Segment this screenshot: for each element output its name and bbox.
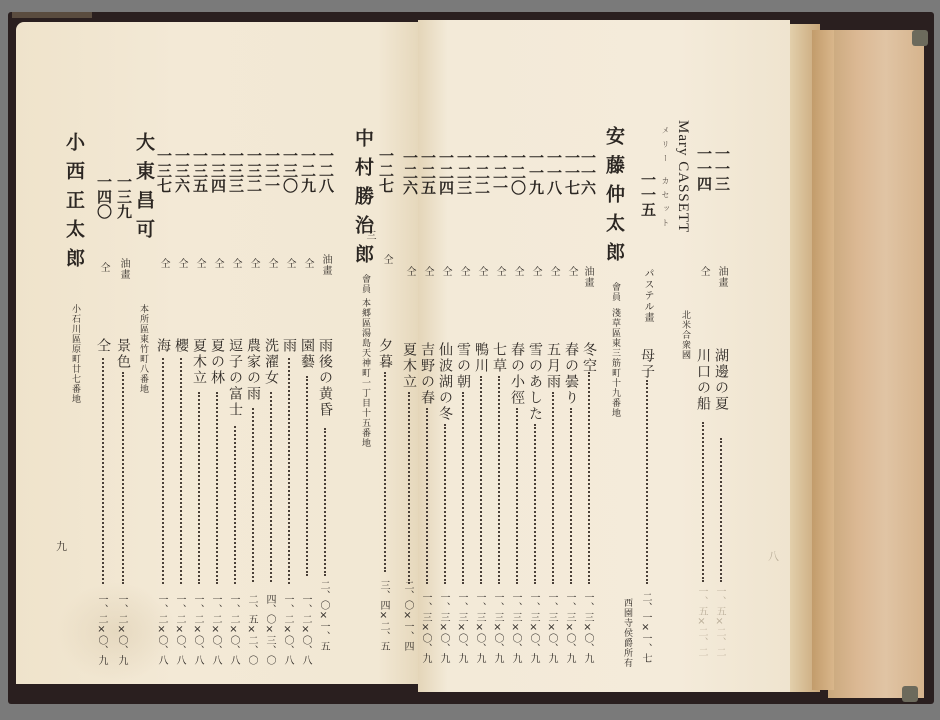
leader-dots xyxy=(216,392,218,584)
leader-dots xyxy=(234,426,236,584)
entry-number: 一三七 xyxy=(156,148,171,193)
entry-number: 一一四 xyxy=(696,146,711,191)
entry-medium: 仝 xyxy=(404,266,414,277)
entry-number: 一二〇 xyxy=(510,150,525,195)
entry-title: 夏木立 xyxy=(192,338,206,386)
entry-title: 仙波湖の冬 xyxy=(438,342,452,422)
left-page: 中村勝治郎 三 會員 本郷區湯島天神町一丁目十五番地 一二七 仝 夕暮 三、四×… xyxy=(16,22,418,684)
leader-dots xyxy=(534,424,536,584)
artist-address: 本所區東竹町八番地 xyxy=(138,304,147,394)
entry-size: 一、二×〇、八 xyxy=(282,594,292,665)
entry-number: 一一七 xyxy=(564,150,579,195)
entry-number: 一一六 xyxy=(580,150,595,195)
leader-dots xyxy=(646,380,648,584)
entry-size: 一、三×〇、九 xyxy=(528,592,538,663)
entry-title: 夕暮 xyxy=(378,338,392,370)
entry-number: 一二二 xyxy=(474,150,489,195)
entry-size: 三、四×二、五 xyxy=(378,580,388,651)
artist-name: 中村勝治郎 xyxy=(353,128,372,273)
entry-size: 一、三×〇、九 xyxy=(420,592,430,663)
entry-size: 一、三×〇、九 xyxy=(546,592,556,663)
entry-size: 一、二×〇、八 xyxy=(156,594,166,665)
entry-number: 一三三 xyxy=(228,148,243,193)
entry-medium: 仝 xyxy=(176,258,186,269)
entry-number: 一三九 xyxy=(116,174,131,219)
entry-title: 湖邊の夏 xyxy=(714,348,728,412)
entry-number: 一二三 xyxy=(456,150,471,195)
entry-size: 四、〇×三、〇 xyxy=(264,594,274,665)
entry-medium: 仝 xyxy=(494,266,504,277)
entry-number: 一三六 xyxy=(174,148,189,193)
entry-medium: 仝 xyxy=(248,258,258,269)
entry-number: 一三一 xyxy=(264,148,279,193)
leader-dots xyxy=(384,372,386,572)
entry-title: 春の曇り xyxy=(564,342,578,406)
leader-dots xyxy=(570,408,572,584)
entry-size: 一、二×〇、八 xyxy=(228,594,238,665)
entry-size: 一、二×〇、八 xyxy=(300,594,310,665)
page-number: 九 xyxy=(56,538,67,554)
right-page: Mary CASSETT メリー カセット 一一三 油畫 湖邊の夏 一、五×二、… xyxy=(418,20,790,692)
entry-title: 雨後の黄昏 xyxy=(318,338,332,418)
corner-protector-top xyxy=(912,30,928,46)
entry-size: 二、〇×一、五 xyxy=(318,580,328,651)
entry-title: 洗濯女 xyxy=(264,338,278,386)
entry-size: 二、〇×一、四 xyxy=(402,580,412,651)
artist-name: 大東昌可 xyxy=(134,132,153,248)
entry-title: 夏の林 xyxy=(210,338,224,386)
entry-medium: 仝 xyxy=(284,258,294,269)
leader-dots xyxy=(588,372,590,584)
entry-number: 一二七 xyxy=(378,148,393,193)
entry-number: 一一五 xyxy=(640,172,655,217)
leader-dots xyxy=(498,376,500,584)
entry-number: 一三二 xyxy=(246,148,261,193)
entry-title: 七草 xyxy=(492,342,506,374)
entry-size: 一、二×〇、八 xyxy=(174,594,184,665)
entry-number: 一三四 xyxy=(210,148,225,193)
entry-size: 二、五×二、〇 xyxy=(246,594,256,665)
entry-title: 春の小徑 xyxy=(510,342,524,406)
entry-medium: 油畫 xyxy=(118,258,128,280)
entry-size: 一、二×〇、八 xyxy=(192,594,202,665)
entry-medium: 仝 xyxy=(698,266,708,277)
leader-dots xyxy=(702,422,704,582)
artist-name: 小西正太郎 xyxy=(64,132,83,277)
entry-medium: 仝 xyxy=(512,266,522,277)
entry-size: 一、三×〇、九 xyxy=(582,592,592,663)
entry-medium: 仝 xyxy=(548,266,558,277)
leader-dots xyxy=(252,408,254,582)
entry-medium: 油畫 xyxy=(582,266,592,288)
leader-dots xyxy=(102,358,104,584)
leader-dots xyxy=(552,392,554,584)
leader-dots xyxy=(288,358,290,584)
leader-dots xyxy=(122,372,124,584)
leader-dots xyxy=(180,358,182,584)
entry-medium: 油畫 xyxy=(320,254,330,276)
leader-dots xyxy=(462,392,464,584)
entry-number: 一二九 xyxy=(300,148,315,193)
entry-number: 一二八 xyxy=(318,148,333,193)
entry-medium: 仝 xyxy=(194,258,204,269)
entry-title: 吉野の春 xyxy=(420,342,434,406)
entry-title: 川口の船 xyxy=(696,348,710,412)
leader-dots xyxy=(426,408,428,584)
entry-size: 一、五×二、二 xyxy=(714,586,724,657)
entry-number: 一四〇 xyxy=(96,174,111,219)
entry-number: 一二六 xyxy=(402,150,417,195)
leader-dots xyxy=(444,424,446,584)
entry-title: 櫻 xyxy=(174,338,188,354)
leader-dots xyxy=(270,392,272,582)
entry-medium: 仝 xyxy=(458,266,468,277)
entry-title: 雨 xyxy=(282,338,296,354)
entry-size: 一、三×〇、九 xyxy=(438,592,448,663)
artist-address: 本郷區湯島天神町一丁目十五番地 xyxy=(360,298,369,448)
entry-number: 一一八 xyxy=(546,150,561,195)
entry-medium: 仝 xyxy=(230,258,240,269)
entry-size: 一、三×〇、九 xyxy=(492,592,502,663)
entry-size: 二、一×一、七 xyxy=(640,592,650,663)
corner-protector-bottom xyxy=(902,686,918,702)
entry-medium: 仝 xyxy=(530,266,540,277)
entry-medium: 仝 xyxy=(266,258,276,269)
entry-number: 一三五 xyxy=(192,148,207,193)
entry-title: 雪の朝 xyxy=(456,342,470,390)
leader-dots xyxy=(408,392,410,584)
entry-title: 農家の雨 xyxy=(246,338,260,402)
entry-size: 一、三×〇、九 xyxy=(564,592,574,663)
entry-medium: 仝 xyxy=(212,258,222,269)
entry-medium: 仝 xyxy=(440,266,450,277)
leader-dots xyxy=(324,428,326,576)
entry-size: 一、二×〇、九 xyxy=(96,594,106,665)
entry-title: 冬空 xyxy=(582,342,596,374)
cover-wear xyxy=(12,12,92,18)
page-number: 八 xyxy=(768,548,779,564)
entry-medium: 仝 xyxy=(98,262,108,273)
entry-number: 一三〇 xyxy=(282,148,297,193)
leader-dots xyxy=(720,438,722,582)
artist-name-kana: メリー カセット xyxy=(660,126,671,233)
entry-size: 一、二×〇、九 xyxy=(116,594,126,665)
page-block-edge-inner xyxy=(812,30,834,690)
entry-title: 園藝 xyxy=(300,338,314,370)
entry-number: 一一三 xyxy=(714,146,729,191)
leader-dots xyxy=(306,376,308,576)
entry-medium: 仝 xyxy=(302,258,312,269)
entry-title: 景色 xyxy=(116,338,130,370)
artist-name-latin: Mary CASSETT xyxy=(674,120,691,233)
entry-size: 一、二×〇、八 xyxy=(210,594,220,665)
artist-address: 小石川區原町廿七番地 xyxy=(70,304,79,404)
entry-medium: 仝 xyxy=(422,266,432,277)
entry-size: 一、三×〇、九 xyxy=(456,592,466,663)
entry-title: 逗子の富士 xyxy=(228,338,242,418)
owner-country: 北米合衆國 xyxy=(680,310,689,360)
entry-medium: 油畫 xyxy=(716,266,726,288)
entry-number: 一二四 xyxy=(438,150,453,195)
entry-medium: 仝 xyxy=(158,258,168,269)
entry-title: 仝 xyxy=(96,338,110,354)
endpaper xyxy=(828,30,924,698)
artist-name: 安藤仲太郎 xyxy=(604,126,623,271)
left-marker: 三 xyxy=(364,230,374,241)
entry-title: 雪のあした xyxy=(528,342,542,422)
entry-title: 夏木立 xyxy=(402,342,416,390)
entry-title: 五月雨 xyxy=(546,342,560,390)
entry-medium: パステル畫 xyxy=(642,268,652,323)
leader-dots xyxy=(516,408,518,584)
lender: 西園寺侯爵所有 xyxy=(622,598,631,668)
leader-dots xyxy=(162,358,164,584)
membership-label: 會員 xyxy=(610,282,619,302)
entry-medium: 仝 xyxy=(476,266,486,277)
entry-size: 一、三×〇、九 xyxy=(474,592,484,663)
entry-title: 海 xyxy=(156,338,170,354)
entry-title: 母子 xyxy=(640,348,654,380)
entry-number: 一二五 xyxy=(420,150,435,195)
membership-label: 會員 xyxy=(360,274,369,294)
leader-dots xyxy=(480,376,482,584)
entry-medium: 仝 xyxy=(566,266,576,277)
entry-medium: 仝 xyxy=(381,254,391,265)
entry-number: 一二一 xyxy=(492,150,507,195)
entry-title: 鴨川 xyxy=(474,342,488,374)
entry-size: 一、三×〇、九 xyxy=(510,592,520,663)
entry-number: 一一九 xyxy=(528,150,543,195)
entry-size: 一、五×二、二 xyxy=(696,586,706,657)
leader-dots xyxy=(198,392,200,584)
artist-address: 淺草區東三筋町十九番地 xyxy=(610,308,619,418)
